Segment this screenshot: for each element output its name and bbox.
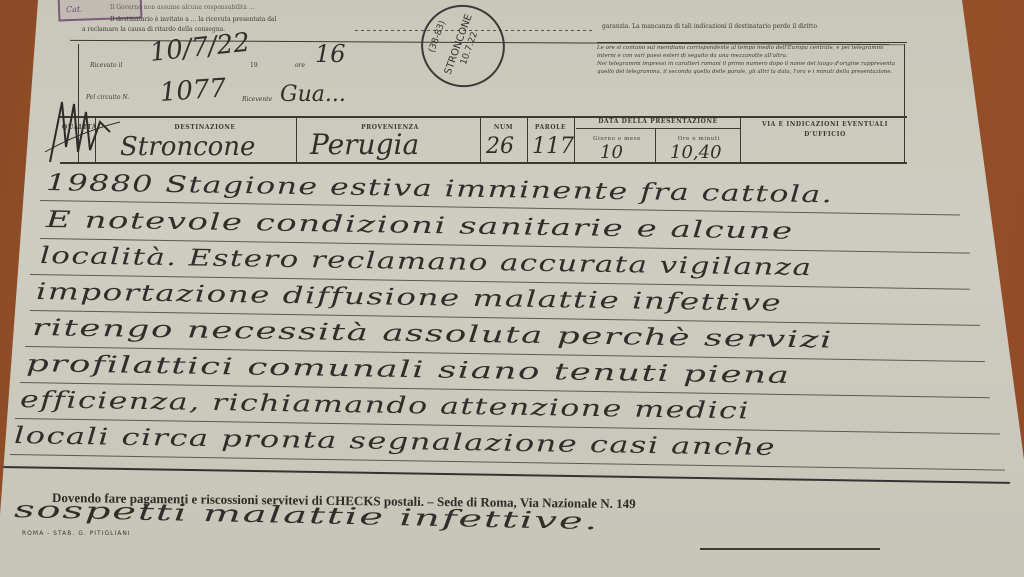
info-para-1: Le ore si contano sul meridiano corrispo…: [597, 44, 897, 60]
col-rule: [740, 116, 741, 163]
telegram-paper: Cat. Il Governo non assume alcuna respon…: [0, 0, 1024, 577]
footer-sede-text: – Sede di Roma, Via Nazionale N. 149: [427, 494, 636, 511]
header-num: NUM: [480, 124, 527, 131]
ricevente-label: Ricevente: [242, 96, 272, 103]
table-top-rule: [60, 116, 907, 118]
value-provenienza: Perugia: [310, 128, 419, 161]
ore-value: 16: [315, 40, 346, 68]
stamp-label: Cat.: [60, 5, 83, 15]
header-data-presentazione: DATA DELLA PRESENTAZIONE: [576, 118, 740, 125]
info-box: Le ore si contano sul meridiano corrispo…: [597, 44, 897, 110]
header-destinazione: DESTINAZIONE: [120, 124, 290, 131]
ore-label: ore: [295, 62, 305, 69]
notice-line-2: Il destinatario è invitato a ... la rice…: [110, 16, 410, 23]
printer-imprint: ROMA - STAB. G. PITIGLIANI: [22, 530, 131, 537]
value-giorno: 10: [600, 142, 623, 163]
postmark-stamp: STRONCONE 10.7.22 (38-83): [410, 0, 517, 99]
value-num: 26: [486, 134, 514, 159]
footer-notice-text: Dovendo fare pagamenti e riscossioni ser…: [52, 490, 424, 509]
ricevuto-value: 10/7/22: [148, 28, 251, 68]
header-parole: PAROLE: [527, 124, 574, 131]
year-label: 19: [250, 62, 258, 69]
info-para-2: Nei telegrammi impressi in caratteri rom…: [597, 60, 897, 76]
table-bottom-rule: [60, 162, 907, 164]
ricevente-value: Gua...: [280, 82, 346, 107]
value-parole: 117: [532, 134, 574, 159]
notice-right-line: garanzia. La mancanza di tali indicazion…: [602, 23, 942, 30]
notice-line-1: Il Governo non assume alcuna responsabil…: [110, 4, 410, 11]
closing-flourish: [700, 548, 880, 550]
col-rule: [655, 128, 656, 163]
data-sub-rule: [576, 128, 740, 129]
signature-scribble: [40, 92, 130, 172]
col-rule: [296, 116, 297, 163]
value-destinazione: Stroncone: [120, 132, 255, 162]
header-right-rule: [904, 44, 905, 164]
header-via-indicazioni: VIA E INDICAZIONI EVENTUALI D'UFFICIO: [750, 120, 900, 140]
message-bottom-rule: [0, 466, 1010, 483]
circuito-value: 1077: [159, 73, 227, 108]
info-box-top-rule: [597, 42, 907, 43]
col-rule: [574, 116, 575, 163]
value-ore: 10,40: [670, 142, 722, 163]
ricevuto-label: Ricevuto il: [90, 62, 122, 69]
